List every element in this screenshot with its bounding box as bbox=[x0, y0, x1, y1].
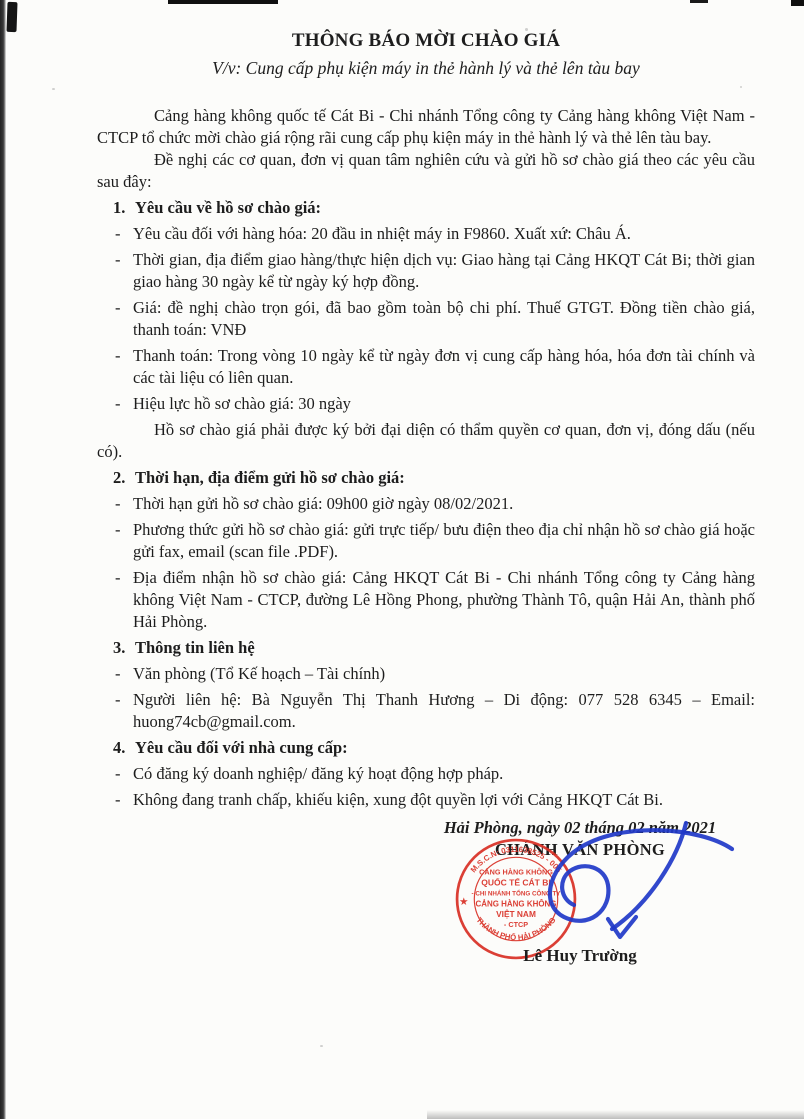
handwritten-signature bbox=[500, 819, 740, 949]
dash-bullet: - bbox=[115, 345, 133, 389]
signature-block: Hải Phòng, ngày 02 tháng 02 năm 2021 CHÁ… bbox=[405, 817, 755, 1012]
list-item-text: Có đăng ký doanh nghiệp/ đăng ký hoạt độ… bbox=[133, 763, 755, 785]
list-item: - Thời gian, địa điểm giao hàng/thực hiệ… bbox=[115, 249, 755, 293]
stamp-star-icon: ★ bbox=[459, 896, 469, 906]
scan-artifact-bottom-band bbox=[427, 1110, 804, 1119]
list-item: - Thời hạn gửi hồ sơ chào giá: 09h00 giờ… bbox=[115, 493, 755, 515]
list-item-text: Thời hạn gửi hồ sơ chào giá: 09h00 giờ n… bbox=[133, 493, 755, 515]
section-heading-text: Thông tin liên hệ bbox=[135, 637, 255, 659]
document-page: THÔNG BÁO MỜI CHÀO GIÁ V/v: Cung cấp phụ… bbox=[0, 0, 804, 1119]
list-item: - Hiệu lực hồ sơ chào giá: 30 ngày bbox=[115, 393, 755, 415]
section-heading-text: Yêu cầu đối với nhà cung cấp: bbox=[135, 737, 348, 759]
section-heading-text: Thời hạn, địa điểm gửi hồ sơ chào giá: bbox=[135, 467, 405, 489]
list-item: - Giá: đề nghị chào trọn gói, đã bao gồm… bbox=[115, 297, 755, 341]
page-title: THÔNG BÁO MỜI CHÀO GIÁ bbox=[97, 30, 755, 52]
section-number: 3. bbox=[113, 637, 135, 659]
list-item: - Phương thức gửi hồ sơ chào giá: gửi tr… bbox=[115, 519, 755, 563]
list-item: - Yêu cầu đối với hàng hóa: 20 đầu in nh… bbox=[115, 223, 755, 245]
list-item-text: Thanh toán: Trong vòng 10 ngày kể từ ngà… bbox=[133, 345, 755, 389]
document-content: THÔNG BÁO MỜI CHÀO GIÁ V/v: Cung cấp phụ… bbox=[0, 0, 804, 1012]
dash-bullet: - bbox=[115, 493, 133, 515]
note-paragraph: Hồ sơ chào giá phải được ký bởi đại diện… bbox=[97, 419, 755, 463]
dash-bullet: - bbox=[115, 763, 133, 785]
list-item-text: Văn phòng (Tổ Kế hoạch – Tài chính) bbox=[133, 663, 755, 685]
section-number: 2. bbox=[113, 467, 135, 489]
dash-bullet: - bbox=[115, 789, 133, 811]
signer-name: Lê Huy Trường bbox=[405, 945, 755, 967]
list-item-text: Yêu cầu đối với hàng hóa: 20 đầu in nhiệ… bbox=[133, 223, 755, 245]
section-heading-1: 1. Yêu cầu về hồ sơ chào giá: bbox=[113, 197, 755, 219]
document-body: Cảng hàng không quốc tế Cát Bi - Chi nhá… bbox=[97, 105, 755, 1012]
list-item: - Không đang tranh chấp, khiếu kiện, xun… bbox=[115, 789, 755, 811]
list-item-text: Giá: đề nghị chào trọn gói, đã bao gồm t… bbox=[133, 297, 755, 341]
section-heading-2: 2. Thời hạn, địa điểm gửi hồ sơ chào giá… bbox=[113, 467, 755, 489]
intro-paragraph-1: Cảng hàng không quốc tế Cát Bi - Chi nhá… bbox=[97, 105, 755, 149]
section-heading-3: 3. Thông tin liên hệ bbox=[113, 637, 755, 659]
dash-bullet: - bbox=[115, 567, 133, 633]
list-item-text: Hiệu lực hồ sơ chào giá: 30 ngày bbox=[133, 393, 755, 415]
section-number: 4. bbox=[113, 737, 135, 759]
dash-bullet: - bbox=[115, 689, 133, 733]
dash-bullet: - bbox=[115, 249, 133, 293]
section-heading-4: 4. Yêu cầu đối với nhà cung cấp: bbox=[113, 737, 755, 759]
section-heading-text: Yêu cầu về hồ sơ chào giá: bbox=[135, 197, 321, 219]
dash-bullet: - bbox=[115, 297, 133, 341]
list-item-text: Không đang tranh chấp, khiếu kiện, xung … bbox=[133, 789, 755, 811]
list-item-text: Phương thức gửi hồ sơ chào giá: gửi trực… bbox=[133, 519, 755, 563]
signature-stroke bbox=[550, 830, 732, 921]
dash-bullet: - bbox=[115, 663, 133, 685]
list-item: - Có đăng ký doanh nghiệp/ đăng ký hoạt … bbox=[115, 763, 755, 785]
list-item: - Văn phòng (Tổ Kế hoạch – Tài chính) bbox=[115, 663, 755, 685]
list-item: - Thanh toán: Trong vòng 10 ngày kể từ n… bbox=[115, 345, 755, 389]
list-item-text: Thời gian, địa điểm giao hàng/thực hiện … bbox=[133, 249, 755, 293]
dash-bullet: - bbox=[115, 223, 133, 245]
signature-stroke bbox=[612, 823, 686, 929]
list-item: - Địa điểm nhận hồ sơ chào giá: Cảng HKQ… bbox=[115, 567, 755, 633]
dash-bullet: - bbox=[115, 393, 133, 415]
dash-bullet: - bbox=[115, 519, 133, 563]
list-item-text: Người liên hệ: Bà Nguyễn Thị Thanh Hương… bbox=[133, 689, 755, 733]
scan-speck bbox=[320, 1045, 323, 1047]
section-number: 1. bbox=[113, 197, 135, 219]
doc-subtitle: V/v: Cung cấp phụ kiện máy in thẻ hành l… bbox=[97, 58, 755, 79]
list-item: - Người liên hệ: Bà Nguyễn Thị Thanh Hươ… bbox=[115, 689, 755, 733]
list-item-text: Địa điểm nhận hồ sơ chào giá: Cảng HKQT … bbox=[133, 567, 755, 633]
intro-paragraph-2: Đề nghị các cơ quan, đơn vị quan tâm ngh… bbox=[97, 149, 755, 193]
